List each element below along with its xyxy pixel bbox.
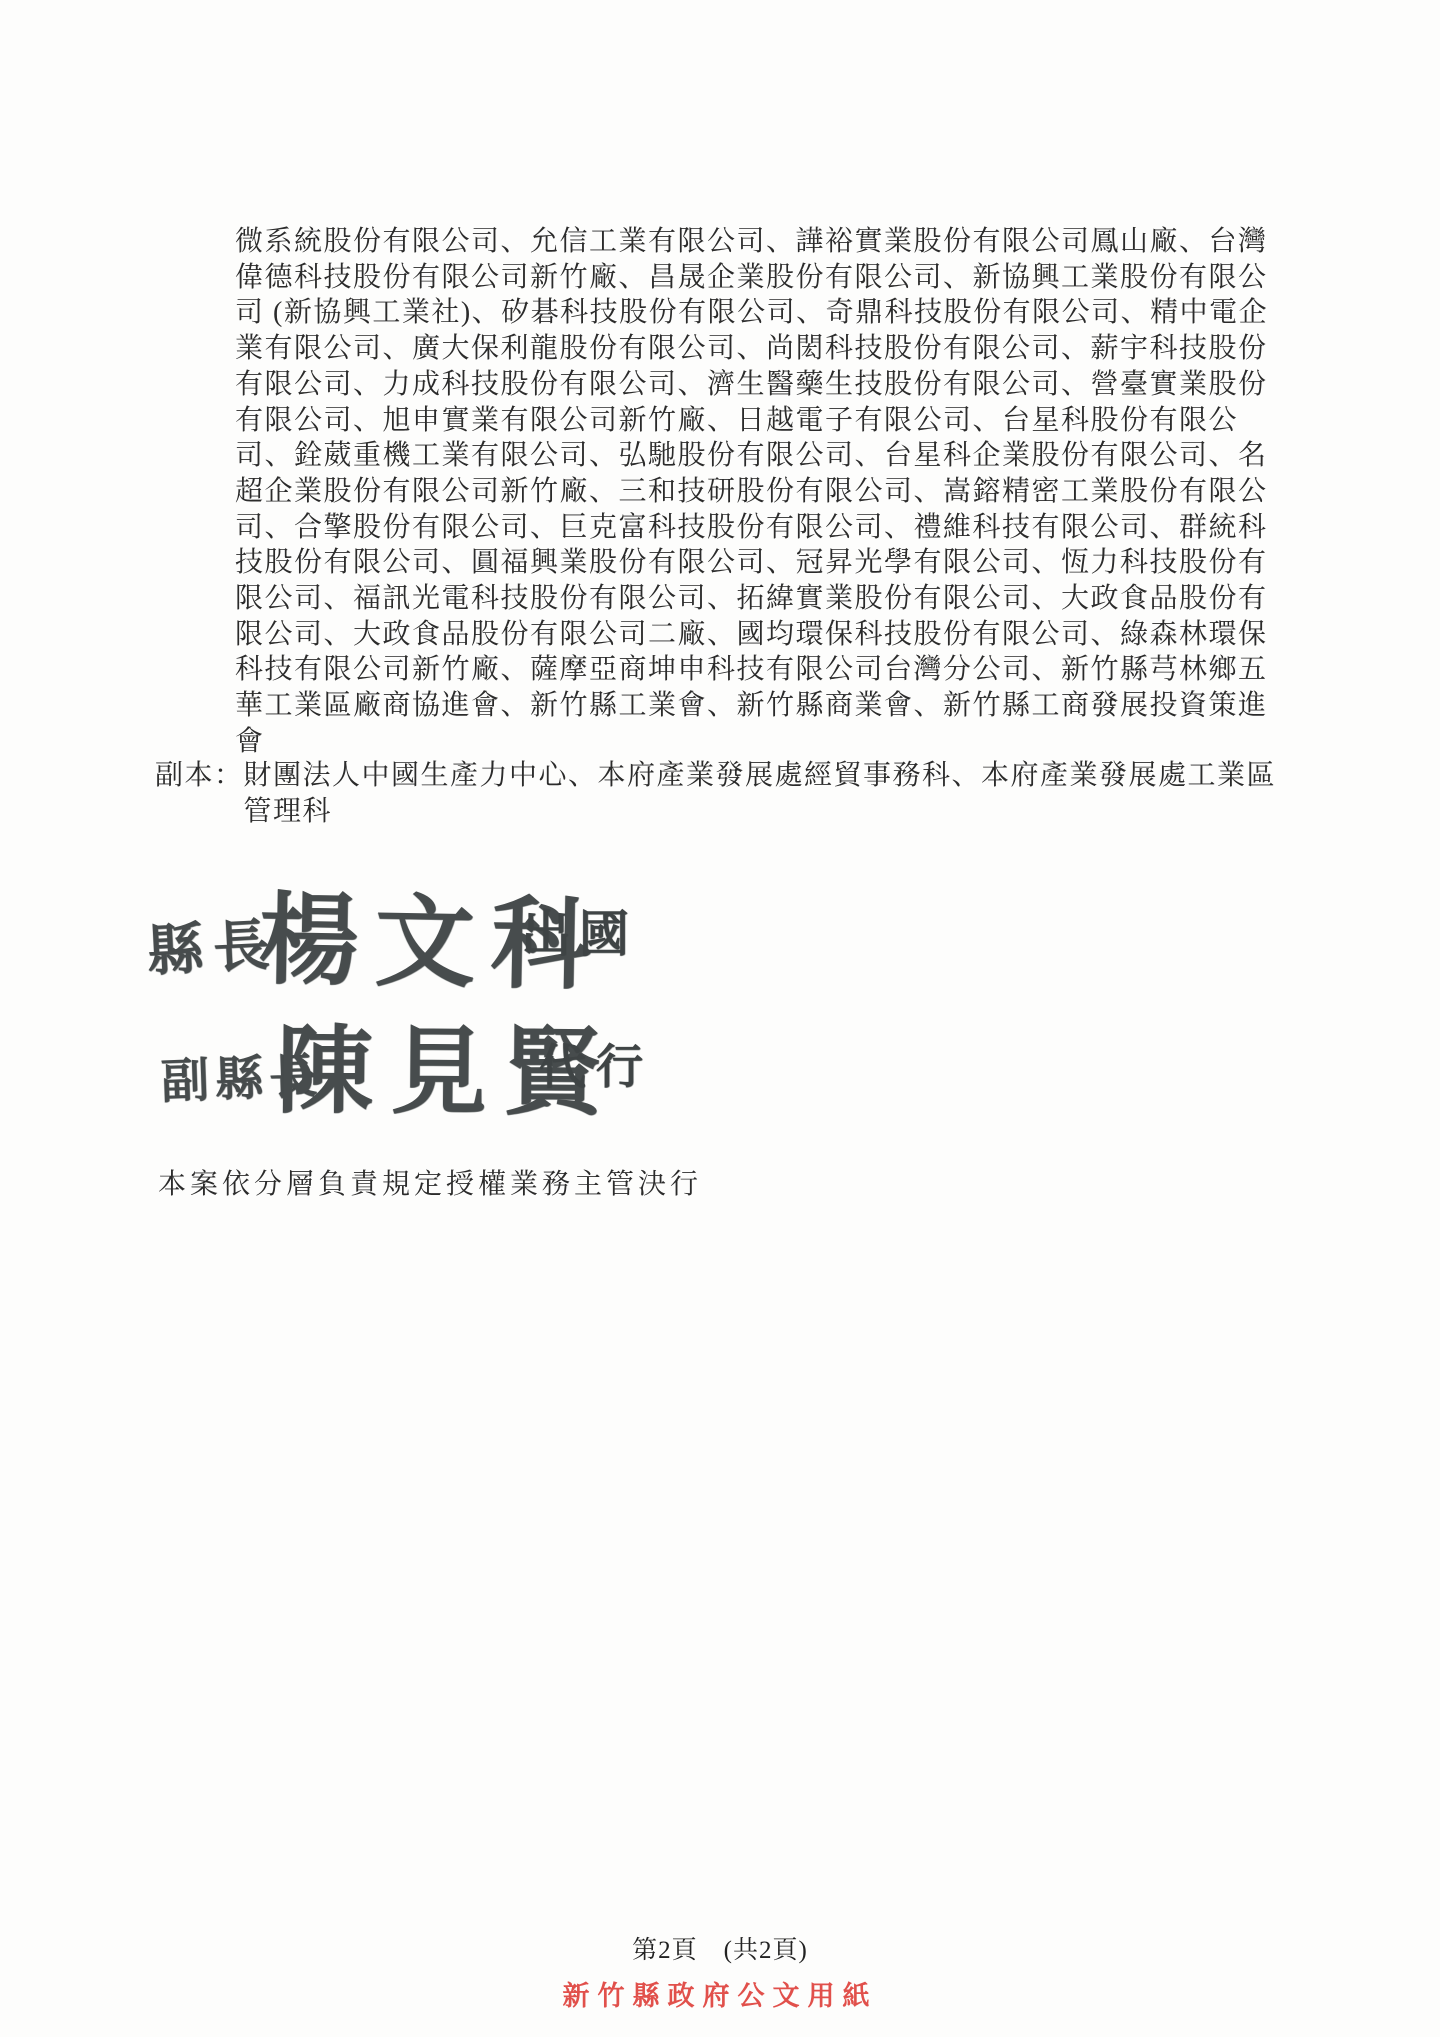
- recipient-line: 科技有限公司新竹廠、薩摩亞商坤申科技有限公司台灣分公司、新竹縣芎林鄉五: [235, 652, 1275, 688]
- copy-to-row: 副本： 財團法人中國生產力中心、本府產業發展處經貿事務科、本府產業發展處工業區 …: [155, 758, 1275, 829]
- copy-to-label: 副本：: [155, 758, 244, 794]
- recipient-list: 微系統股份有限公司、允信工業有限公司、譁裕實業股份有限公司鳳山廠、台灣 偉德科技…: [235, 224, 1275, 760]
- recipient-line: 華工業區廠商協進會、新竹縣工業會、新竹縣商業會、新竹縣工商發展投資策進: [235, 688, 1275, 724]
- copy-to-content: 財團法人中國生產力中心、本府產業發展處經貿事務科、本府產業發展處工業區 管理科: [244, 758, 1262, 829]
- recipient-line: 會: [235, 724, 1275, 760]
- recipient-line: 司、銓葳重機工業有限公司、弘馳股份有限公司、台星科企業股份有限公司、名: [235, 438, 1275, 474]
- recipient-line: 司 (新協興工業社)、矽碁科技股份有限公司、奇鼎科技股份有限公司、精中電企: [235, 295, 1275, 331]
- recipient-line: 有限公司、旭申實業有限公司新竹廠、日越電子有限公司、台星科股份有限公: [235, 403, 1275, 439]
- paper-name: 新竹縣政府公文用紙: [0, 1974, 1440, 2013]
- deputy-status-stamp: 代行: [539, 1030, 653, 1097]
- recipient-line: 技股份有限公司、圓福興業股份有限公司、冠昇光學有限公司、恆力科技股份有: [235, 545, 1275, 581]
- recipient-line: 超企業股份有限公司新竹廠、三和技研股份有限公司、嵩鎔精密工業股份有限公: [235, 474, 1275, 510]
- document-page: 微系統股份有限公司、允信工業有限公司、譁裕實業股份有限公司鳳山廠、台灣 偉德科技…: [0, 0, 1440, 2037]
- signature-block: 縣長 楊文科 出國 副縣長 陳見賢 代行: [147, 868, 867, 1128]
- recipient-line: 微系統股份有限公司、允信工業有限公司、譁裕實業股份有限公司鳳山廠、台灣: [235, 224, 1275, 260]
- copy-to-line: 財團法人中國生產力中心、本府產業發展處經貿事務科、本府產業發展處工業區: [244, 758, 1262, 794]
- delegation-note: 本案依分層負責規定授權業務主管決行: [158, 1162, 702, 1202]
- copy-to-line: 管理科: [244, 794, 1262, 830]
- magistrate-status-stamp: 出國: [521, 894, 637, 966]
- recipient-line: 偉德科技股份有限公司新竹廠、昌晟企業股份有限公司、新協興工業股份有限公: [235, 260, 1275, 296]
- recipient-line: 業有限公司、廣大保利龍股份有限公司、尚閎科技股份有限公司、薪宇科技股份: [235, 331, 1275, 367]
- page-number: 第2頁 (共2頁): [0, 1930, 1440, 1966]
- recipient-line: 司、合擎股份有限公司、巨克富科技股份有限公司、禮維科技有限公司、群統科: [235, 510, 1275, 546]
- recipient-line: 有限公司、力成科技股份有限公司、濟生醫藥生技股份有限公司、營臺實業股份: [235, 367, 1275, 403]
- recipient-line: 限公司、大政食品股份有限公司二廠、國均環保科技股份有限公司、綠森林環保: [235, 617, 1275, 653]
- recipient-line: 限公司、福訊光電科技股份有限公司、拓緯實業股份有限公司、大政食品股份有: [235, 581, 1275, 617]
